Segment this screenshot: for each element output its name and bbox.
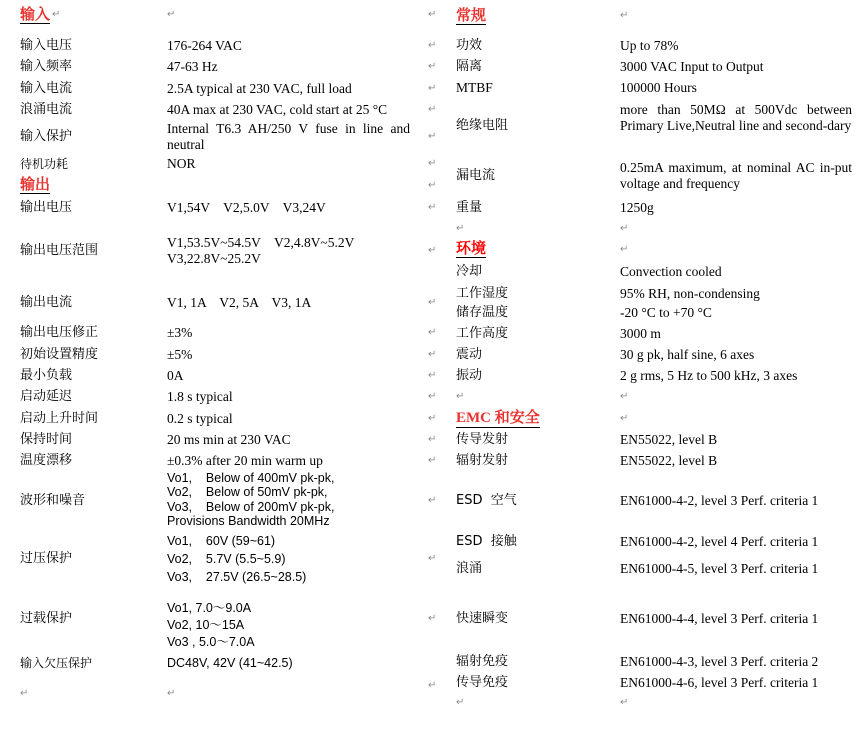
spec-value: EN61000-4-6, level 3 Perf. criteria 1 [620,675,818,691]
spec-value-line: Vo2, 5.7V (5.5~5.9) [167,552,285,567]
spec-value: ±5% [167,347,192,363]
paragraph-mark: ↵ [620,413,628,424]
spec-label: 输入欠压保护 [20,655,92,671]
spec-value-line: Vo1, 60V (59~61) [167,534,275,549]
paragraph-mark: ↵ [428,104,436,115]
spec-label: 传导发射 [456,432,508,448]
spec-label: 输入电压 [20,38,72,54]
spec-value: V1, 1A V2, 5A V3, 1A [167,295,311,311]
paragraph-mark: ↵ [428,680,436,691]
spec-value: 2.5A typical at 230 VAC, full load [167,81,352,97]
spec-value: more than 50MΩ at 500Vdc between Primary… [620,102,852,134]
paragraph-mark: ↵ [428,202,436,213]
spec-value-line: V3,22.8V~25.2V [167,251,261,267]
paragraph-mark: ↵ [428,327,436,338]
paragraph-mark: ↵ [428,391,436,402]
spec-label: 辐射免疫 [456,654,508,670]
spec-value: 1250g [620,200,654,216]
paragraph-mark: ↵ [428,495,436,506]
spec-label: MTBF [456,80,493,96]
spec-label: 启动上升时间 [20,411,98,427]
spec-value: EN61000-4-2, level 3 Perf. criteria 1 [620,493,818,509]
paragraph-mark: ↵ [52,9,60,20]
paragraph-mark: ↵ [456,223,464,234]
spec-value: 0.25mA maximum, at nominal AC in-put vol… [620,160,852,192]
spec-label: 重量 [456,200,482,216]
spec-value: 2 g rms, 5 Hz to 500 kHz, 3 axes [620,368,797,384]
paragraph-mark: ↵ [428,297,436,308]
spec-value: EN61000-4-5, level 3 Perf. criteria 1 [620,561,818,577]
spec-label: 输入保护 [20,129,72,145]
spec-label: 快速瞬变 [456,611,508,627]
paragraph-mark: ↵ [428,61,436,72]
paragraph-mark: ↵ [428,455,436,466]
spec-value: NOR [167,156,196,172]
paragraph-mark: ↵ [620,244,628,255]
spec-label: 传导免疫 [456,675,508,691]
spec-label: 波形和噪音 [20,493,85,509]
spec-label: 功效 [456,38,482,54]
spec-value: V1,54V V2,5.0V V3,24V [167,200,326,216]
paragraph-mark: ↵ [428,553,436,564]
paragraph-mark: ↵ [428,131,436,142]
paragraph-mark: ↵ [428,349,436,360]
spec-label: 辐射发射 [456,453,508,469]
spec-value: EN55022, level B [620,432,717,448]
spec-label: 温度漂移 [20,453,72,469]
section-heading-input: 输入 [20,6,50,24]
spec-label: 浪涌电流 [20,102,72,118]
spec-value: EN55022, level B [620,453,717,469]
paragraph-mark: ↵ [428,370,436,381]
spec-value-line: Vo1, 7.0～9.0A [167,601,251,616]
spec-value: EN61000-4-2, level 4 Perf. criteria 1 [620,534,818,550]
spec-value-line: Vo1, Below of 400mV pk-pk, [167,471,334,486]
spec-label: 绝缘电阻 [456,118,508,134]
paragraph-mark: ↵ [620,223,628,234]
spec-label: 振动 [456,368,482,384]
spec-label: 过载保护 [20,611,72,627]
paragraph-mark: ↵ [456,697,464,708]
spec-label: 冷却 [456,264,482,280]
spec-value: 1.8 s typical [167,389,233,405]
spec-document: 输入 ↵ ↵ ↵ 输入电压 176-264 VAC 输入频率 47-63 Hz … [0,0,860,742]
paragraph-mark: ↵ [428,613,436,624]
spec-value: 47-63 Hz [167,59,218,75]
spec-value-line: Vo2, 10～15A [167,618,244,633]
spec-label: ESD 空气 [456,493,517,509]
paragraph-mark: ↵ [167,9,175,20]
paragraph-mark: ↵ [20,688,28,699]
spec-label: 工作湿度 [456,286,508,302]
paragraph-mark: ↵ [456,391,464,402]
spec-value: EN61000-4-4, level 3 Perf. criteria 1 [620,611,818,627]
spec-value-line: Vo3, 27.5V (26.5~28.5) [167,570,306,585]
spec-value: Internal T6.3 AH/250 V fuse in line and … [167,121,410,153]
spec-value: DC48V, 42V (41~42.5) [167,656,293,671]
spec-label: 震动 [456,347,482,363]
spec-value: 30 g pk, half sine, 6 axes [620,347,754,363]
spec-label: 初始设置精度 [20,347,98,363]
spec-value: 40A max at 230 VAC, cold start at 25 °C [167,102,387,118]
spec-label: 输出电压修正 [20,325,98,341]
spec-value-line: Vo2, Below of 50mV pk-pk, [167,485,328,500]
spec-value: 3000 m [620,326,661,342]
spec-value: 95% RH, non-condensing [620,286,760,302]
section-heading-emc-safety: EMC 和安全 [456,410,540,428]
spec-label: ESD 接触 [456,534,517,550]
spec-label: 保持时间 [20,432,72,448]
paragraph-mark: ↵ [428,40,436,51]
paragraph-mark: ↵ [428,413,436,424]
spec-label: 待机功耗 [20,156,68,172]
spec-value: Convection cooled [620,264,722,280]
spec-label: 输出电流 [20,295,72,311]
spec-label: 浪涌 [456,561,482,577]
spec-value: 3000 VAC Input to Output [620,59,764,75]
spec-label: 最小负载 [20,368,72,384]
paragraph-mark: ↵ [428,83,436,94]
paragraph-mark: ↵ [167,688,175,699]
paragraph-mark: ↵ [620,10,628,21]
spec-label: 输出电压范围 [20,243,98,259]
spec-value: 20 ms min at 230 VAC [167,432,291,448]
spec-label: 启动延迟 [20,389,72,405]
section-heading-output: 输出 [20,176,50,194]
spec-label: 隔离 [456,59,482,75]
spec-value-line: Vo3 , 5.0～7.0A [167,635,255,650]
spec-label: 储存温度 [456,305,508,321]
section-heading-environment: 环境 [456,240,486,258]
spec-label: 漏电流 [456,168,495,184]
spec-value: 176-264 VAC [167,38,242,54]
spec-value: Up to 78% [620,38,679,54]
section-heading-general: 常规 [456,7,486,25]
paragraph-mark: ↵ [428,158,436,169]
spec-label: 输出电压 [20,200,72,216]
spec-value: ±0.3% after 20 min warm up [167,453,323,469]
spec-label: 输入电流 [20,81,72,97]
spec-value: -20 °C to +70 °C [620,305,712,321]
spec-value: 0.2 s typical [167,411,233,427]
spec-value: 0A [167,368,184,384]
paragraph-mark: ↵ [428,434,436,445]
spec-value-line: V1,53.5V~54.5V V2,4.8V~5.2V [167,235,354,251]
paragraph-mark: ↵ [620,697,628,708]
spec-label: 工作高度 [456,326,508,342]
spec-value-line: Vo3, Below of 200mV pk-pk, [167,500,334,515]
spec-label: 过压保护 [20,551,72,567]
spec-label: 输入频率 [20,59,72,75]
paragraph-mark: ↵ [428,245,436,256]
spec-value-line: Provisions Bandwidth 20MHz [167,514,330,529]
paragraph-mark: ↵ [428,180,436,191]
paragraph-mark: ↵ [428,9,436,20]
spec-value: EN61000-4-3, level 3 Perf. criteria 2 [620,654,818,670]
spec-value: ±3% [167,325,192,341]
paragraph-mark: ↵ [620,391,628,402]
spec-value: 100000 Hours [620,80,697,96]
